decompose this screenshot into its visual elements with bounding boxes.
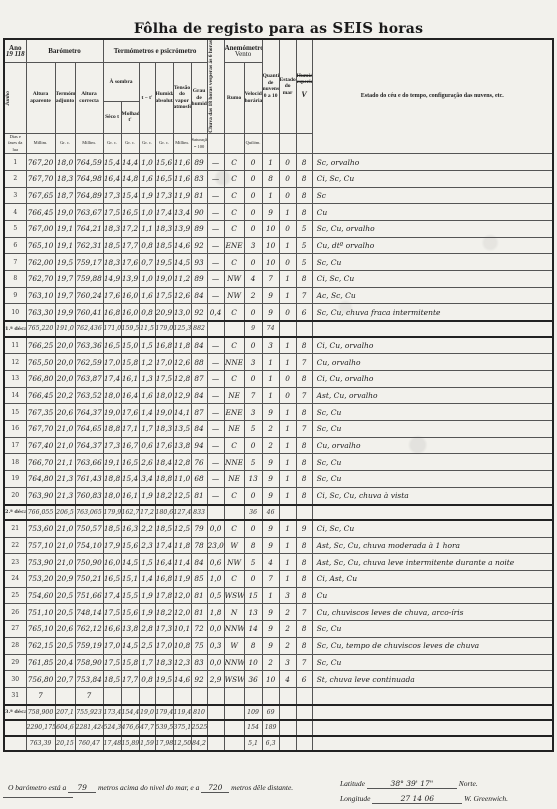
cell-rumo bbox=[224, 505, 244, 521]
day-row: 15767,3520,6764,3719,017,61,419,014,187—… bbox=[4, 404, 553, 421]
cell-habs: 15,6 bbox=[155, 154, 173, 171]
cell-tadj: 20,0 bbox=[55, 371, 75, 388]
cell-seco: 18,5 bbox=[103, 237, 121, 254]
cell-habs: 18,3 bbox=[155, 421, 173, 438]
cell-tens: 11,0 bbox=[173, 471, 191, 488]
altura-correcta-header: Altura correcta bbox=[75, 63, 103, 134]
cell-vel: 14 bbox=[244, 621, 262, 638]
cell-tadj: 19,7 bbox=[55, 287, 75, 304]
day-number: 25 bbox=[4, 587, 26, 604]
cell-habs: 179,4 bbox=[155, 705, 173, 721]
cell-corr: 759,17 bbox=[75, 254, 103, 271]
cell-chuva: — bbox=[207, 471, 224, 488]
cell-corr: 750,21 bbox=[75, 571, 103, 588]
day-row: 17767,4021,0764,3717,316,70,617,613,894—… bbox=[4, 437, 553, 454]
cell-tadj: 20,4 bbox=[55, 654, 75, 671]
cell-alt: 765,50 bbox=[26, 354, 55, 371]
cell-seco: 18,3 bbox=[103, 254, 121, 271]
cell-remarks bbox=[312, 736, 553, 752]
day-number: 2 bbox=[4, 170, 26, 187]
cell-rumo: C bbox=[224, 154, 244, 171]
cell-tadj: 20,5 bbox=[55, 637, 75, 654]
barometro-header: Barómetro bbox=[26, 39, 103, 63]
summary-row: 2.ª década766,055206,5763,065179,9162,71… bbox=[4, 505, 553, 521]
cell-hum: 5 bbox=[296, 221, 312, 238]
cell-alt: 767,70 bbox=[26, 421, 55, 438]
cell-corr: 762,31 bbox=[75, 237, 103, 254]
days-label: Dias e fases da lua bbox=[4, 133, 26, 154]
cell-molh bbox=[121, 687, 139, 704]
cell-vel: 5,1 bbox=[244, 736, 262, 752]
altura-aparente-header: Altura aparente bbox=[26, 63, 55, 134]
day-number: 20 bbox=[4, 487, 26, 504]
cell-seco: 16,8 bbox=[103, 304, 121, 321]
cell-vel: 154 bbox=[244, 720, 262, 736]
cell-dif bbox=[139, 687, 155, 704]
cell-vel: 10 bbox=[244, 654, 262, 671]
cell-chuva: 23,0 bbox=[207, 537, 224, 554]
cell-rumo: C bbox=[224, 487, 244, 504]
cell-tens: 10,8 bbox=[173, 637, 191, 654]
cell-alt: 753,60 bbox=[26, 520, 55, 537]
day-row: 25754,6020,5751,6617,415,51,917,812,0810… bbox=[4, 587, 553, 604]
cell-alt: 767,20 bbox=[26, 154, 55, 171]
cell-vel: 3 bbox=[244, 354, 262, 371]
day-number: 4 bbox=[4, 204, 26, 221]
cell-alt: 766,25 bbox=[26, 337, 55, 354]
cell-tadj: 18,0 bbox=[55, 154, 75, 171]
cell-remarks bbox=[312, 321, 553, 337]
cell-hum: 8 bbox=[296, 337, 312, 354]
cell-dif: 17,2 bbox=[139, 505, 155, 521]
year-header: Ano19 118 bbox=[4, 39, 26, 63]
cell-hum: 8 bbox=[296, 487, 312, 504]
cell-molh: 17,7 bbox=[121, 671, 139, 688]
nuvens-header: Quantidade de nuvens 0 a 10 bbox=[262, 39, 279, 133]
cell-chuva: — bbox=[207, 354, 224, 371]
cell-seco: 18,0 bbox=[103, 487, 121, 504]
cell-molh: 16,5 bbox=[121, 454, 139, 471]
cell-seco: 14,9 bbox=[103, 271, 121, 288]
day-row: 18766,7021,1763,6619,116,52,618,412,876—… bbox=[4, 454, 553, 471]
cell-tens: 12,9 bbox=[173, 387, 191, 404]
cell-habs: 20,9 bbox=[155, 304, 173, 321]
cell-hum bbox=[296, 705, 312, 721]
cell-chuva: — bbox=[207, 254, 224, 271]
cell-grau: 833 bbox=[191, 505, 207, 521]
cell-tens: 14,5 bbox=[173, 254, 191, 271]
cell-alt: 767,40 bbox=[26, 437, 55, 454]
cell-tens: 11,9 bbox=[173, 571, 191, 588]
cell-dif: 1,4 bbox=[139, 404, 155, 421]
cell-tadj bbox=[55, 687, 75, 704]
cell-mar: 0 bbox=[279, 387, 296, 404]
cell-habs: 16,5 bbox=[155, 170, 173, 187]
cell-alt: 767,35 bbox=[26, 404, 55, 421]
cell-tadj: 19,1 bbox=[55, 237, 75, 254]
cell-grau: 75 bbox=[191, 637, 207, 654]
cell-habs: 17,0 bbox=[155, 637, 173, 654]
decade-label bbox=[4, 736, 26, 752]
cell-rumo: C bbox=[224, 187, 244, 204]
cell-nuv: 9 bbox=[262, 487, 279, 504]
day-row: 23753,9021,0750,9016,014,51,516,411,4840… bbox=[4, 554, 553, 571]
cell-grau: 90 bbox=[191, 204, 207, 221]
cell-nuv: 2 bbox=[262, 437, 279, 454]
cell-dif: 1,9 bbox=[139, 487, 155, 504]
cell-corr: 762,59 bbox=[75, 354, 103, 371]
cell-grau: 68 bbox=[191, 471, 207, 488]
cell-grau: 88 bbox=[191, 354, 207, 371]
cell-alt: 766,055 bbox=[26, 505, 55, 521]
humidade-absoluta-header: Humidade absoluta bbox=[155, 63, 173, 134]
cell-molh: 15,4 bbox=[121, 187, 139, 204]
cell-vel: 0 bbox=[244, 170, 262, 187]
cell-molh: 16,0 bbox=[121, 304, 139, 321]
cell-vel: 0 bbox=[244, 487, 262, 504]
chuva-header: Chuva das 18 horas vesperas ás 6 horas bbox=[207, 39, 224, 133]
cell-nuv: 9 bbox=[262, 454, 279, 471]
cell-tadj: 21,3 bbox=[55, 471, 75, 488]
cell-nuv: 9 bbox=[262, 621, 279, 638]
cell-seco: 179,9 bbox=[103, 505, 121, 521]
day-number: 8 bbox=[4, 271, 26, 288]
cell-nuv: 7 bbox=[262, 571, 279, 588]
cell-grau: 810 bbox=[191, 705, 207, 721]
cell-vel: 13 bbox=[244, 604, 262, 621]
cell-corr: 750,57 bbox=[75, 520, 103, 537]
humidade-header: Humidade especialV bbox=[296, 39, 312, 133]
cell-chuva: 0,0 bbox=[207, 621, 224, 638]
cell-tens: 11,8 bbox=[173, 337, 191, 354]
cell-nuv: 1 bbox=[262, 371, 279, 388]
cell-tadj: 20,0 bbox=[55, 354, 75, 371]
day-number: 7 bbox=[4, 254, 26, 271]
cell-corr: 751,66 bbox=[75, 587, 103, 604]
cell-seco: 17,3 bbox=[103, 187, 121, 204]
cell-rumo: NW bbox=[224, 287, 244, 304]
cell-habs: 17,4 bbox=[155, 537, 173, 554]
decade-label: 3.ª década bbox=[4, 705, 26, 721]
cell-nuv: 1 bbox=[262, 187, 279, 204]
day-row: 13766,8020,0763,8717,416,11,317,512,887—… bbox=[4, 371, 553, 388]
cell-alt: 766,45 bbox=[26, 387, 55, 404]
cell-rumo: NNE bbox=[224, 354, 244, 371]
cell-tens: 11,4 bbox=[173, 554, 191, 571]
cell-grau: 81 bbox=[191, 187, 207, 204]
cell-hum bbox=[296, 321, 312, 337]
cell-seco bbox=[103, 687, 121, 704]
cell-rumo: C bbox=[224, 371, 244, 388]
cell-habs: 17,8 bbox=[155, 587, 173, 604]
cell-tens: 13,4 bbox=[173, 204, 191, 221]
cell-seco: 17,48 bbox=[103, 736, 121, 752]
cell-seco: 19,1 bbox=[103, 454, 121, 471]
cell-mar: 0 bbox=[279, 187, 296, 204]
cell-rumo bbox=[224, 687, 244, 704]
cell-grau: 84 bbox=[191, 337, 207, 354]
unit-grc: Gr. c. bbox=[103, 133, 121, 154]
cell-molh: 17,2 bbox=[121, 221, 139, 238]
cell-chuva: 0,0 bbox=[207, 654, 224, 671]
cell-hum: 7 bbox=[296, 654, 312, 671]
cell-alt: 765,10 bbox=[26, 621, 55, 638]
unit-empty bbox=[207, 133, 224, 154]
day-row: 19764,8021,3761,4318,815,43,418,811,068—… bbox=[4, 471, 553, 488]
cell-chuva bbox=[207, 687, 224, 704]
cell-chuva bbox=[207, 505, 224, 521]
cell-tens: 11,9 bbox=[173, 187, 191, 204]
cell-corr: 764,65 bbox=[75, 421, 103, 438]
cell-seco: 18,0 bbox=[103, 387, 121, 404]
day-number: 16 bbox=[4, 421, 26, 438]
cell-vel: 0 bbox=[244, 571, 262, 588]
ledger-body: 1767,2018,0764,5915,414,41,015,611,689—C… bbox=[4, 154, 553, 751]
cell-tadj: 19,0 bbox=[55, 204, 75, 221]
cell-seco: 171,0 bbox=[103, 321, 121, 337]
cell-hum: 8 bbox=[296, 537, 312, 554]
cell-chuva bbox=[207, 720, 224, 736]
cell-rumo: WSW bbox=[224, 671, 244, 688]
cell-alt: 767,65 bbox=[26, 187, 55, 204]
cell-dif: 1,9 bbox=[139, 187, 155, 204]
cell-nuv: 4 bbox=[262, 554, 279, 571]
cell-rumo: NE bbox=[224, 471, 244, 488]
diferenca-header: t − t' bbox=[139, 63, 155, 134]
cell-tadj: 207,1 bbox=[55, 705, 75, 721]
cell-habs: 539,5 bbox=[155, 720, 173, 736]
cell-tens: 12,5 bbox=[173, 487, 191, 504]
cell-tadj: 19,7 bbox=[55, 271, 75, 288]
cell-alt: 756,80 bbox=[26, 671, 55, 688]
cell-corr: 755,923 bbox=[75, 705, 103, 721]
cell-mar: 1 bbox=[279, 571, 296, 588]
cell-vel: 0 bbox=[244, 204, 262, 221]
cell-tadj: 20,9 bbox=[55, 571, 75, 588]
cell-vel: 5 bbox=[244, 454, 262, 471]
day-row: 14766,4520,2763,5218,016,41,618,012,984—… bbox=[4, 387, 553, 404]
cell-grau: 84 bbox=[191, 387, 207, 404]
cell-dif: 1,4 bbox=[139, 571, 155, 588]
unit-empty bbox=[296, 133, 312, 154]
cell-vel: 0 bbox=[244, 520, 262, 537]
cell-tens: 13,9 bbox=[173, 221, 191, 238]
cell-nuv: 1 bbox=[262, 154, 279, 171]
cell-molh: 154,4 bbox=[121, 705, 139, 721]
estado-mar-header: Estado do mar bbox=[279, 39, 296, 133]
cell-tens: 11,8 bbox=[173, 537, 191, 554]
cell-tens: 12,3 bbox=[173, 654, 191, 671]
day-number: 18 bbox=[4, 454, 26, 471]
cell-corr: 753,84 bbox=[75, 671, 103, 688]
cell-hum: 8 bbox=[296, 621, 312, 638]
cell-hum: 8 bbox=[296, 204, 312, 221]
cell-mar: 2 bbox=[279, 637, 296, 654]
cell-mar: 1 bbox=[279, 287, 296, 304]
cell-corr: 760,47 bbox=[75, 736, 103, 752]
cell-molh: 16,5 bbox=[121, 204, 139, 221]
cell-chuva: — bbox=[207, 487, 224, 504]
day-number: 6 bbox=[4, 237, 26, 254]
cell-seco: 16,5 bbox=[103, 337, 121, 354]
cell-molh: 15,5 bbox=[121, 587, 139, 604]
cell-chuva: 1,0 bbox=[207, 571, 224, 588]
cell-grau: 882 bbox=[191, 321, 207, 337]
cell-molh: 15,8 bbox=[121, 354, 139, 371]
cell-grau: 84 bbox=[191, 287, 207, 304]
cell-nuv: 2 bbox=[262, 654, 279, 671]
cell-hum: 8 bbox=[296, 571, 312, 588]
cell-chuva: — bbox=[207, 371, 224, 388]
longitude-value: 27 14 06 bbox=[372, 794, 462, 804]
cell-tadj: 206,5 bbox=[55, 505, 75, 521]
cell-habs: 180,6 bbox=[155, 505, 173, 521]
unit-saturacao: Saturação = 100 bbox=[191, 133, 207, 154]
cell-seco: 18,3 bbox=[103, 221, 121, 238]
cell-mar: 1 bbox=[279, 237, 296, 254]
cell-tadj: 21,1 bbox=[55, 454, 75, 471]
cell-hum: 7 bbox=[296, 604, 312, 621]
cell-chuva: — bbox=[207, 337, 224, 354]
cell-vel: 0 bbox=[244, 254, 262, 271]
cell-mar: 0 bbox=[279, 254, 296, 271]
cell-molh: 15,8 bbox=[121, 654, 139, 671]
cell-hum: 8 bbox=[296, 471, 312, 488]
cell-corr: 763,52 bbox=[75, 387, 103, 404]
cell-nuv: 8 bbox=[262, 170, 279, 187]
cell-alt: 767,00 bbox=[26, 221, 55, 238]
cell-tens bbox=[173, 687, 191, 704]
cell-tadj: 19,9 bbox=[55, 304, 75, 321]
cell-nuv: 1 bbox=[262, 354, 279, 371]
cell-nuv: 46 bbox=[262, 505, 279, 521]
cell-rumo: NE bbox=[224, 387, 244, 404]
cell-chuva: — bbox=[207, 154, 224, 171]
cell-rumo: ENE bbox=[224, 404, 244, 421]
cell-molh: 15,4 bbox=[121, 471, 139, 488]
cell-hum: 8 bbox=[296, 187, 312, 204]
cell-vel: 0 bbox=[244, 221, 262, 238]
cell-corr: 760,24 bbox=[75, 287, 103, 304]
cell-seco: 16,0 bbox=[103, 554, 121, 571]
cell-tens: 12,5 bbox=[173, 520, 191, 537]
cell-alt: 2290,175 bbox=[26, 720, 55, 736]
cell-grau: 89 bbox=[191, 271, 207, 288]
day-number: 3 bbox=[4, 187, 26, 204]
cell-tadj: 604,6 bbox=[55, 720, 75, 736]
cell-tadj: 20,15 bbox=[55, 736, 75, 752]
cell-mar: 1 bbox=[279, 554, 296, 571]
cell-seco: 17,0 bbox=[103, 637, 121, 654]
cell-grau: 87 bbox=[191, 371, 207, 388]
cell-grau: 81 bbox=[191, 587, 207, 604]
summary-row: 3.ª década758,900207,1755,923173,4154,41… bbox=[4, 705, 553, 721]
cell-grau: 94 bbox=[191, 437, 207, 454]
cell-chuva: — bbox=[207, 170, 224, 187]
unit-grc: Gr. c. bbox=[155, 133, 173, 154]
cell-vel: 0 bbox=[244, 187, 262, 204]
cell-molh: 16,7 bbox=[121, 437, 139, 454]
cell-tadj: 18,3 bbox=[55, 170, 75, 187]
cell-tens: 119,4 bbox=[173, 705, 191, 721]
cell-nuv: 74 bbox=[262, 321, 279, 337]
cell-alt: 751,10 bbox=[26, 604, 55, 621]
cell-hum: 9 bbox=[296, 520, 312, 537]
cell-hum bbox=[296, 736, 312, 752]
cell-tens: 11,6 bbox=[173, 154, 191, 171]
cell-molh: 162,7 bbox=[121, 505, 139, 521]
day-number: 17 bbox=[4, 437, 26, 454]
cell-hum: 8 bbox=[296, 637, 312, 654]
cell-alt: 766,70 bbox=[26, 454, 55, 471]
cell-remarks: Ci, Sc, Cu bbox=[312, 520, 553, 537]
rumo-header: Rumo bbox=[224, 63, 244, 134]
cell-corr: 761,43 bbox=[75, 471, 103, 488]
cell-seco: 15,4 bbox=[103, 154, 121, 171]
cell-vel: 2 bbox=[244, 287, 262, 304]
cell-dif: 1,0 bbox=[139, 204, 155, 221]
cell-corr: 762,12 bbox=[75, 621, 103, 638]
cell-mar: 1 bbox=[279, 454, 296, 471]
cell-alt: 757,10 bbox=[26, 537, 55, 554]
footer-rule bbox=[3, 797, 73, 798]
cell-remarks: Ac, Sc, Cu bbox=[312, 287, 553, 304]
termometros-header: Termómetros e psicrómetro bbox=[103, 39, 207, 63]
cell-vel: 0 bbox=[244, 154, 262, 171]
cell-chuva: — bbox=[207, 437, 224, 454]
day-number: 21 bbox=[4, 520, 26, 537]
cell-mar: 1 bbox=[279, 337, 296, 354]
estado-ceu-header: Estado do céu e do tempo, configuração d… bbox=[312, 39, 553, 154]
cell-mar: 3 bbox=[279, 587, 296, 604]
cell-corr: 754,10 bbox=[75, 537, 103, 554]
day-row: 6765,1019,1762,3118,517,70,818,514,692—E… bbox=[4, 237, 553, 254]
cell-chuva: 0,5 bbox=[207, 587, 224, 604]
cell-alt: 763,90 bbox=[26, 487, 55, 504]
cell-hum: 6 bbox=[296, 671, 312, 688]
cell-habs: 19,0 bbox=[155, 404, 173, 421]
cell-seco: 18,8 bbox=[103, 471, 121, 488]
cell-habs: 18,2 bbox=[155, 487, 173, 504]
cell-habs: 17,3 bbox=[155, 621, 173, 638]
cell-seco: 17,5 bbox=[103, 654, 121, 671]
cell-alt: 766,45 bbox=[26, 204, 55, 221]
cell-grau: 83 bbox=[191, 170, 207, 187]
cell-dif: 1,5 bbox=[139, 554, 155, 571]
cell-remarks: Sc, Cu bbox=[312, 454, 553, 471]
cell-dif: 1,0 bbox=[139, 154, 155, 171]
day-number: 26 bbox=[4, 604, 26, 621]
cell-grau: 79 bbox=[191, 520, 207, 537]
cell-grau: 84,2 bbox=[191, 736, 207, 752]
cell-corr: 764,59 bbox=[75, 154, 103, 171]
day-row: 29761,8520,4758,9017,515,81,718,312,3830… bbox=[4, 654, 553, 671]
day-number: 12 bbox=[4, 354, 26, 371]
seco-header: Sêco t bbox=[103, 101, 121, 133]
cell-hum: 7 bbox=[296, 421, 312, 438]
cell-corr: 764,37 bbox=[75, 437, 103, 454]
cell-tens: 10,1 bbox=[173, 621, 191, 638]
cell-mar: 4 bbox=[279, 671, 296, 688]
cell-rumo: NNW bbox=[224, 654, 244, 671]
cell-habs: 18,4 bbox=[155, 454, 173, 471]
cell-alt: 762,70 bbox=[26, 271, 55, 288]
latitude-value: 38° 39' 17" bbox=[367, 779, 457, 789]
cell-tadj: 21,0 bbox=[55, 421, 75, 438]
day-number: 29 bbox=[4, 654, 26, 671]
cell-seco: 17,9 bbox=[103, 537, 121, 554]
cell-rumo: ENE bbox=[224, 237, 244, 254]
